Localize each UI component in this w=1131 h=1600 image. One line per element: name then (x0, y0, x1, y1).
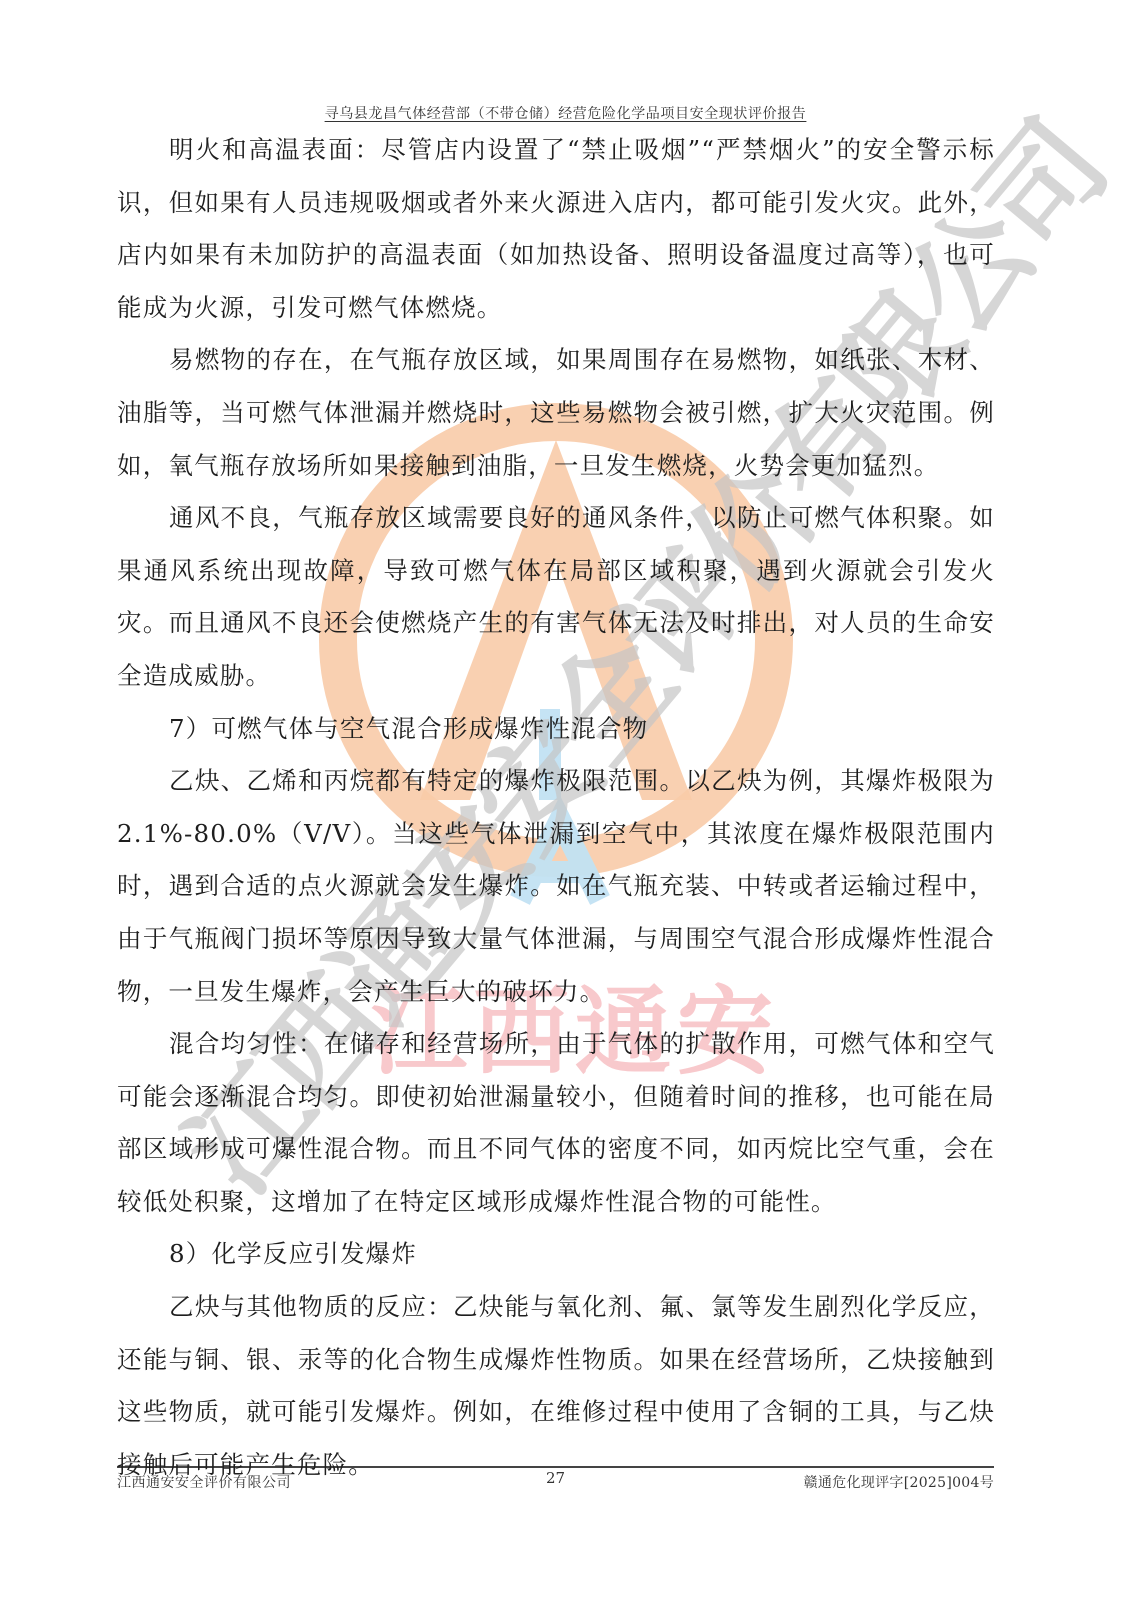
paragraph-ventilation: 通风不良，气瓶存放区域需要良好的通风条件，以防止可燃气体积聚。如果通风系统出现故… (117, 492, 995, 702)
section-heading-8: 8）化学反应引发爆炸 (117, 1228, 995, 1281)
section-heading-7: 7）可燃气体与空气混合形成爆炸性混合物 (117, 703, 995, 756)
report-title: 寻乌县龙昌气体经营部（不带仓储）经营危险化学品项目安全现状评价报告 (325, 106, 807, 122)
paragraph-explosion-limits: 乙炔、乙烯和丙烷都有特定的爆炸极限范围。以乙炔为例，其爆炸极限为2.1%-80.… (117, 755, 995, 1018)
document-page: 寻乌县龙昌气体经营部（不带仓储）经营危险化学品项目安全现状评价报告 江西通安 江… (0, 0, 1131, 1600)
paragraph-acetylene-reactions: 乙炔与其他物质的反应：乙炔能与氧化剂、氟、氯等发生剧烈化学反应，还能与铜、银、汞… (117, 1281, 995, 1491)
paragraph-mixing-uniformity: 混合均匀性：在储存和经营场所，由于气体的扩散作用，可燃气体和空气可能会逐渐混合均… (117, 1018, 995, 1228)
running-header: 寻乌县龙昌气体经营部（不带仓储）经营危险化学品项目安全现状评价报告 (0, 103, 1131, 123)
paragraph-open-flame: 明火和高温表面：尽管店内设置了“禁止吸烟”“严禁烟火”的安全警示标识，但如果有人… (117, 124, 995, 334)
paragraph-flammables: 易燃物的存在，在气瓶存放区域，如果周围存在易燃物，如纸张、木材、油脂等，当可燃气… (117, 334, 995, 492)
document-body: 明火和高温表面：尽管店内设置了“禁止吸烟”“严禁烟火”的安全警示标识，但如果有人… (117, 124, 995, 1491)
